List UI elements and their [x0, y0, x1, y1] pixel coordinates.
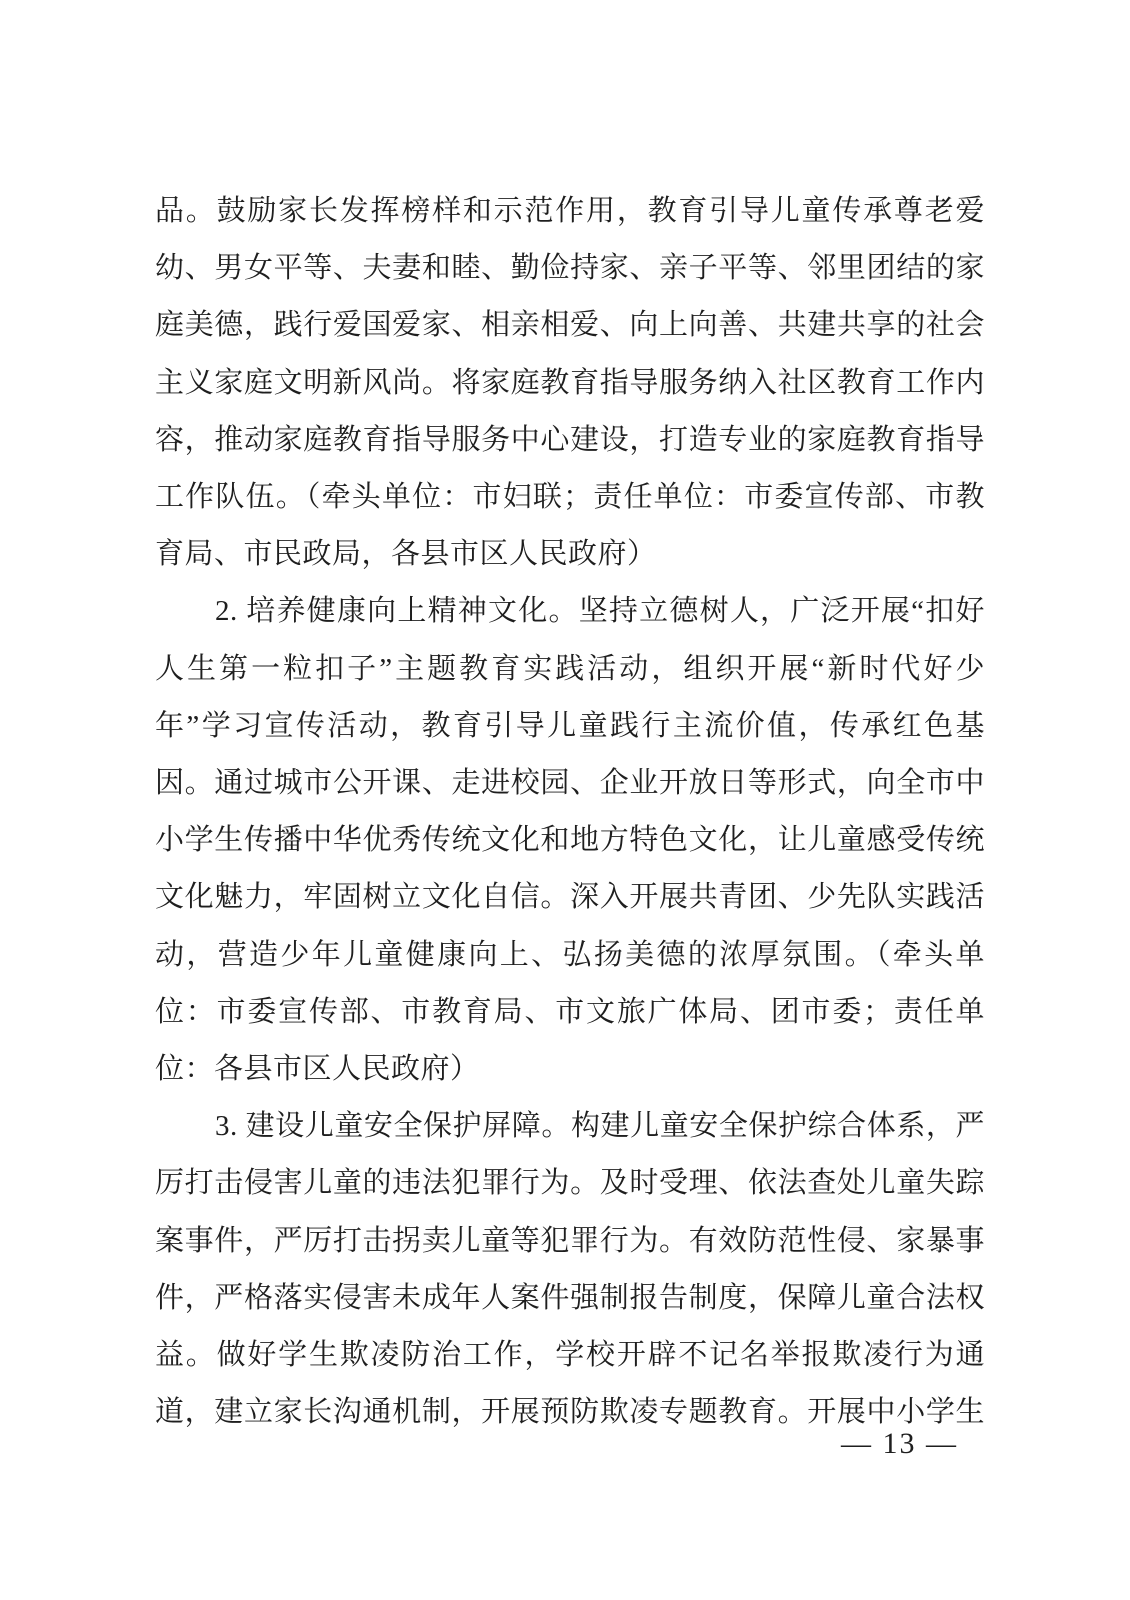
- document-body: 品。鼓励家长发挥榜样和示范作用，教育引导儿童传承尊老爱幼、男女平等、夫妻和睦、勤…: [155, 183, 985, 1441]
- text-line: 位：市委宣传部、市教育局、市文旅广体局、团市委；责任单: [155, 984, 985, 1041]
- text-line: 主义家庭文明新风尚。将家庭教育指导服务纳入社区教育工作内: [155, 355, 985, 412]
- text-line: 厉打击侵害儿童的违法犯罪行为。及时受理、依法查处儿童失踪: [155, 1155, 985, 1212]
- text-line: 育局、市民政局，各县市区人民政府）: [155, 526, 985, 583]
- text-line: 容，推动家庭教育指导服务中心建设，打造专业的家庭教育指导: [155, 412, 985, 469]
- text-line: 件，严格落实侵害未成年人案件强制报告制度，保障儿童合法权: [155, 1270, 985, 1327]
- text-line: 动，营造少年儿童健康向上、弘扬美德的浓厚氛围。（牵头单: [155, 927, 985, 984]
- text-line: 文化魅力，牢固树立文化自信。深入开展共青团、少先队实践活: [155, 869, 985, 926]
- text-line: 人生第一粒扣子”主题教育实践活动，组织开展“新时代好少: [155, 641, 985, 698]
- text-line: 位：各县市区人民政府）: [155, 1041, 985, 1098]
- text-line: 益。做好学生欺凌防治工作，学校开辟不记名举报欺凌行为通: [155, 1327, 985, 1384]
- text-line: 品。鼓励家长发挥榜样和示范作用，教育引导儿童传承尊老爱: [155, 183, 985, 240]
- page-number: — 13 —: [841, 1422, 958, 1466]
- page-number-text: — 13 —: [841, 1427, 958, 1460]
- text-line: 幼、男女平等、夫妻和睦、勤俭持家、亲子平等、邻里团结的家: [155, 240, 985, 297]
- text-line: 小学生传播中华优秀传统文化和地方特色文化，让儿童感受传统: [155, 812, 985, 869]
- text-line: 年”学习宣传活动，教育引导儿童践行主流价值，传承红色基: [155, 698, 985, 755]
- text-line: 2. 培养健康向上精神文化。坚持立德树人，广泛开展“扣好: [155, 583, 985, 640]
- text-line: 庭美德，践行爱国爱家、相亲相爱、向上向善、共建共享的社会: [155, 297, 985, 354]
- text-line: 案事件，严厉打击拐卖儿童等犯罪行为。有效防范性侵、家暴事: [155, 1213, 985, 1270]
- text-line: 3. 建设儿童安全保护屏障。构建儿童安全保护综合体系，严: [155, 1098, 985, 1155]
- document-page: 品。鼓励家长发挥榜样和示范作用，教育引导儿童传承尊老爱幼、男女平等、夫妻和睦、勤…: [0, 0, 1130, 1600]
- text-line: 因。通过城市公开课、走进校园、企业开放日等形式，向全市中: [155, 755, 985, 812]
- text-line: 工作队伍。（牵头单位：市妇联；责任单位：市委宣传部、市教: [155, 469, 985, 526]
